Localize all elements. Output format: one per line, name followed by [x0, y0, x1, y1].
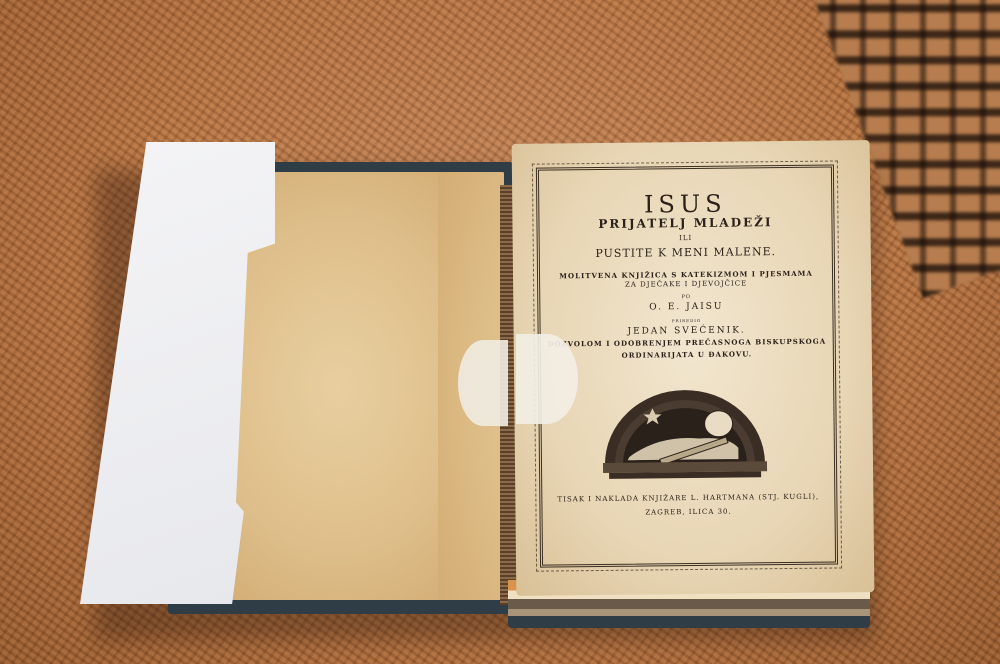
sleeping-child-illustration-icon: [598, 385, 771, 481]
repair-tape-right: [516, 334, 578, 424]
repair-tape-left: [458, 340, 508, 426]
burlap-background: ISUS PRIJATELJ MLADEŽI ILI PUSTITE K MEN…: [0, 0, 1000, 664]
